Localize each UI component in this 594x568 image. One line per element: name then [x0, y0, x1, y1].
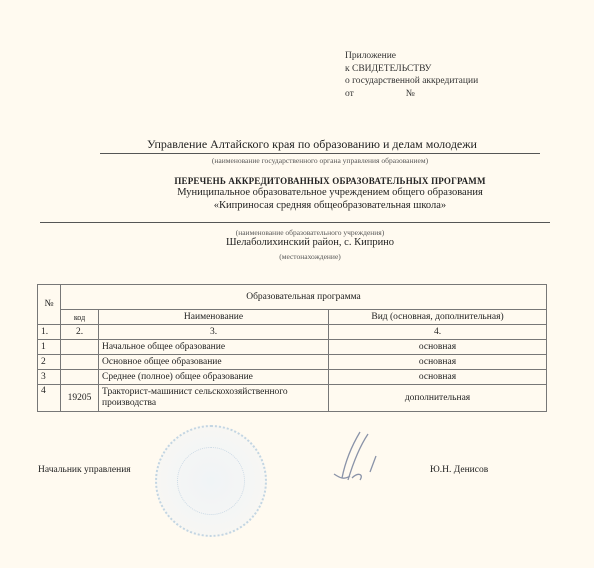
official-stamp-icon	[155, 425, 267, 537]
attachment-header: Приложение к СВИДЕТЕЛЬСТВУ о государстве…	[345, 50, 478, 100]
table-row: 4 19205 Тракторист-машинист сельскохозяй…	[38, 385, 547, 412]
list-title: ПЕРЕЧЕНЬ АККРЕДИТОВАННЫХ ОБРАЗОВАТЕЛЬНЫХ…	[100, 176, 560, 186]
signatory-name: Ю.Н. Денисов	[430, 465, 488, 475]
signature-icon	[320, 428, 390, 488]
table-row: 2 Основное общее образование основная	[38, 355, 547, 370]
location: Шелаболихинский район, с. Киприно	[150, 237, 470, 248]
table-row: 3 Среднее (полное) общее образование осн…	[38, 370, 547, 385]
programs-table: № Образовательная программа код Наименов…	[37, 284, 547, 412]
institution-underline	[40, 222, 550, 223]
number-label: №	[406, 88, 415, 101]
authority-caption: (наименование государственного органа уп…	[100, 156, 540, 165]
col-header-type: Вид (основная, дополнительная)	[329, 310, 547, 325]
institution-line-1: Муниципальное образовательное учреждение…	[100, 186, 560, 199]
date-label: от	[345, 89, 354, 99]
no-header: №	[38, 285, 61, 325]
group-header: Образовательная программа	[61, 285, 547, 310]
col-header-name: Наименование	[99, 310, 329, 325]
list-heading: ПЕРЕЧЕНЬ АККРЕДИТОВАННЫХ ОБРАЗОВАТЕЛЬНЫХ…	[100, 176, 560, 212]
numbering-row: 1. 2. 3. 4.	[38, 325, 547, 340]
attachment-line-1: Приложение	[345, 50, 478, 63]
institution-caption: (наименование образовательного учреждени…	[150, 228, 470, 237]
col-header-code: код	[61, 310, 99, 325]
table-row: 1 Начальное общее образование основная	[38, 340, 547, 355]
location-caption: (местонахождение)	[150, 252, 470, 261]
attachment-line-2: к СВИДЕТЕЛЬСТВУ	[345, 63, 478, 76]
position-label: Начальник управления	[38, 465, 131, 475]
attachment-line-3: о государственной аккредитации	[345, 75, 478, 88]
authority-name: Управление Алтайского края по образовани…	[0, 137, 594, 152]
authority-underline	[100, 153, 540, 154]
institution-line-2: «Киприносая средняя общеобразовательная …	[100, 199, 560, 212]
